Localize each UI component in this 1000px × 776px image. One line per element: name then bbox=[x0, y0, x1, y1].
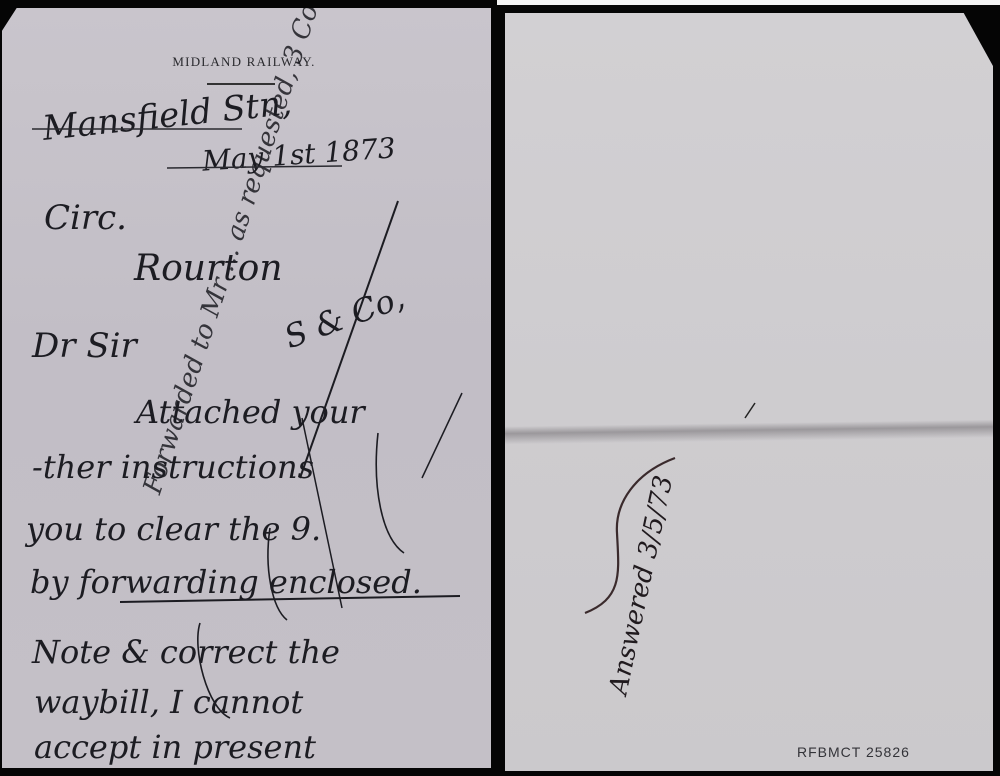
addressee-line-3: S & Co, bbox=[279, 278, 409, 356]
reverse-rotated-annotation: Answered 3/5/73 bbox=[570, 470, 750, 710]
body-line-7: accept in present bbox=[34, 728, 316, 766]
letter-front-sheet: MIDLAND RAILWAY. Mansfield Stn, May 1st … bbox=[2, 8, 491, 768]
top-edge-strip bbox=[497, 0, 1000, 5]
body-line-5: Note & correct the bbox=[32, 633, 340, 671]
date-line: May 1st 1873 bbox=[201, 131, 397, 177]
answered-annotation: Answered 3/5/73 bbox=[604, 473, 680, 697]
fold-crease bbox=[505, 420, 993, 445]
catalog-id-label: RFBMCT 25826 bbox=[797, 744, 910, 760]
body-line-3: you to clear the 9. bbox=[26, 510, 321, 548]
addressee-line-1: Circ. bbox=[44, 198, 127, 238]
salutation: Dr Sir bbox=[32, 326, 137, 366]
letterhead-rule bbox=[207, 83, 275, 85]
body-line-4: by forwarding enclosed. bbox=[30, 563, 422, 601]
body-line-6: waybill, I cannot bbox=[34, 683, 303, 721]
